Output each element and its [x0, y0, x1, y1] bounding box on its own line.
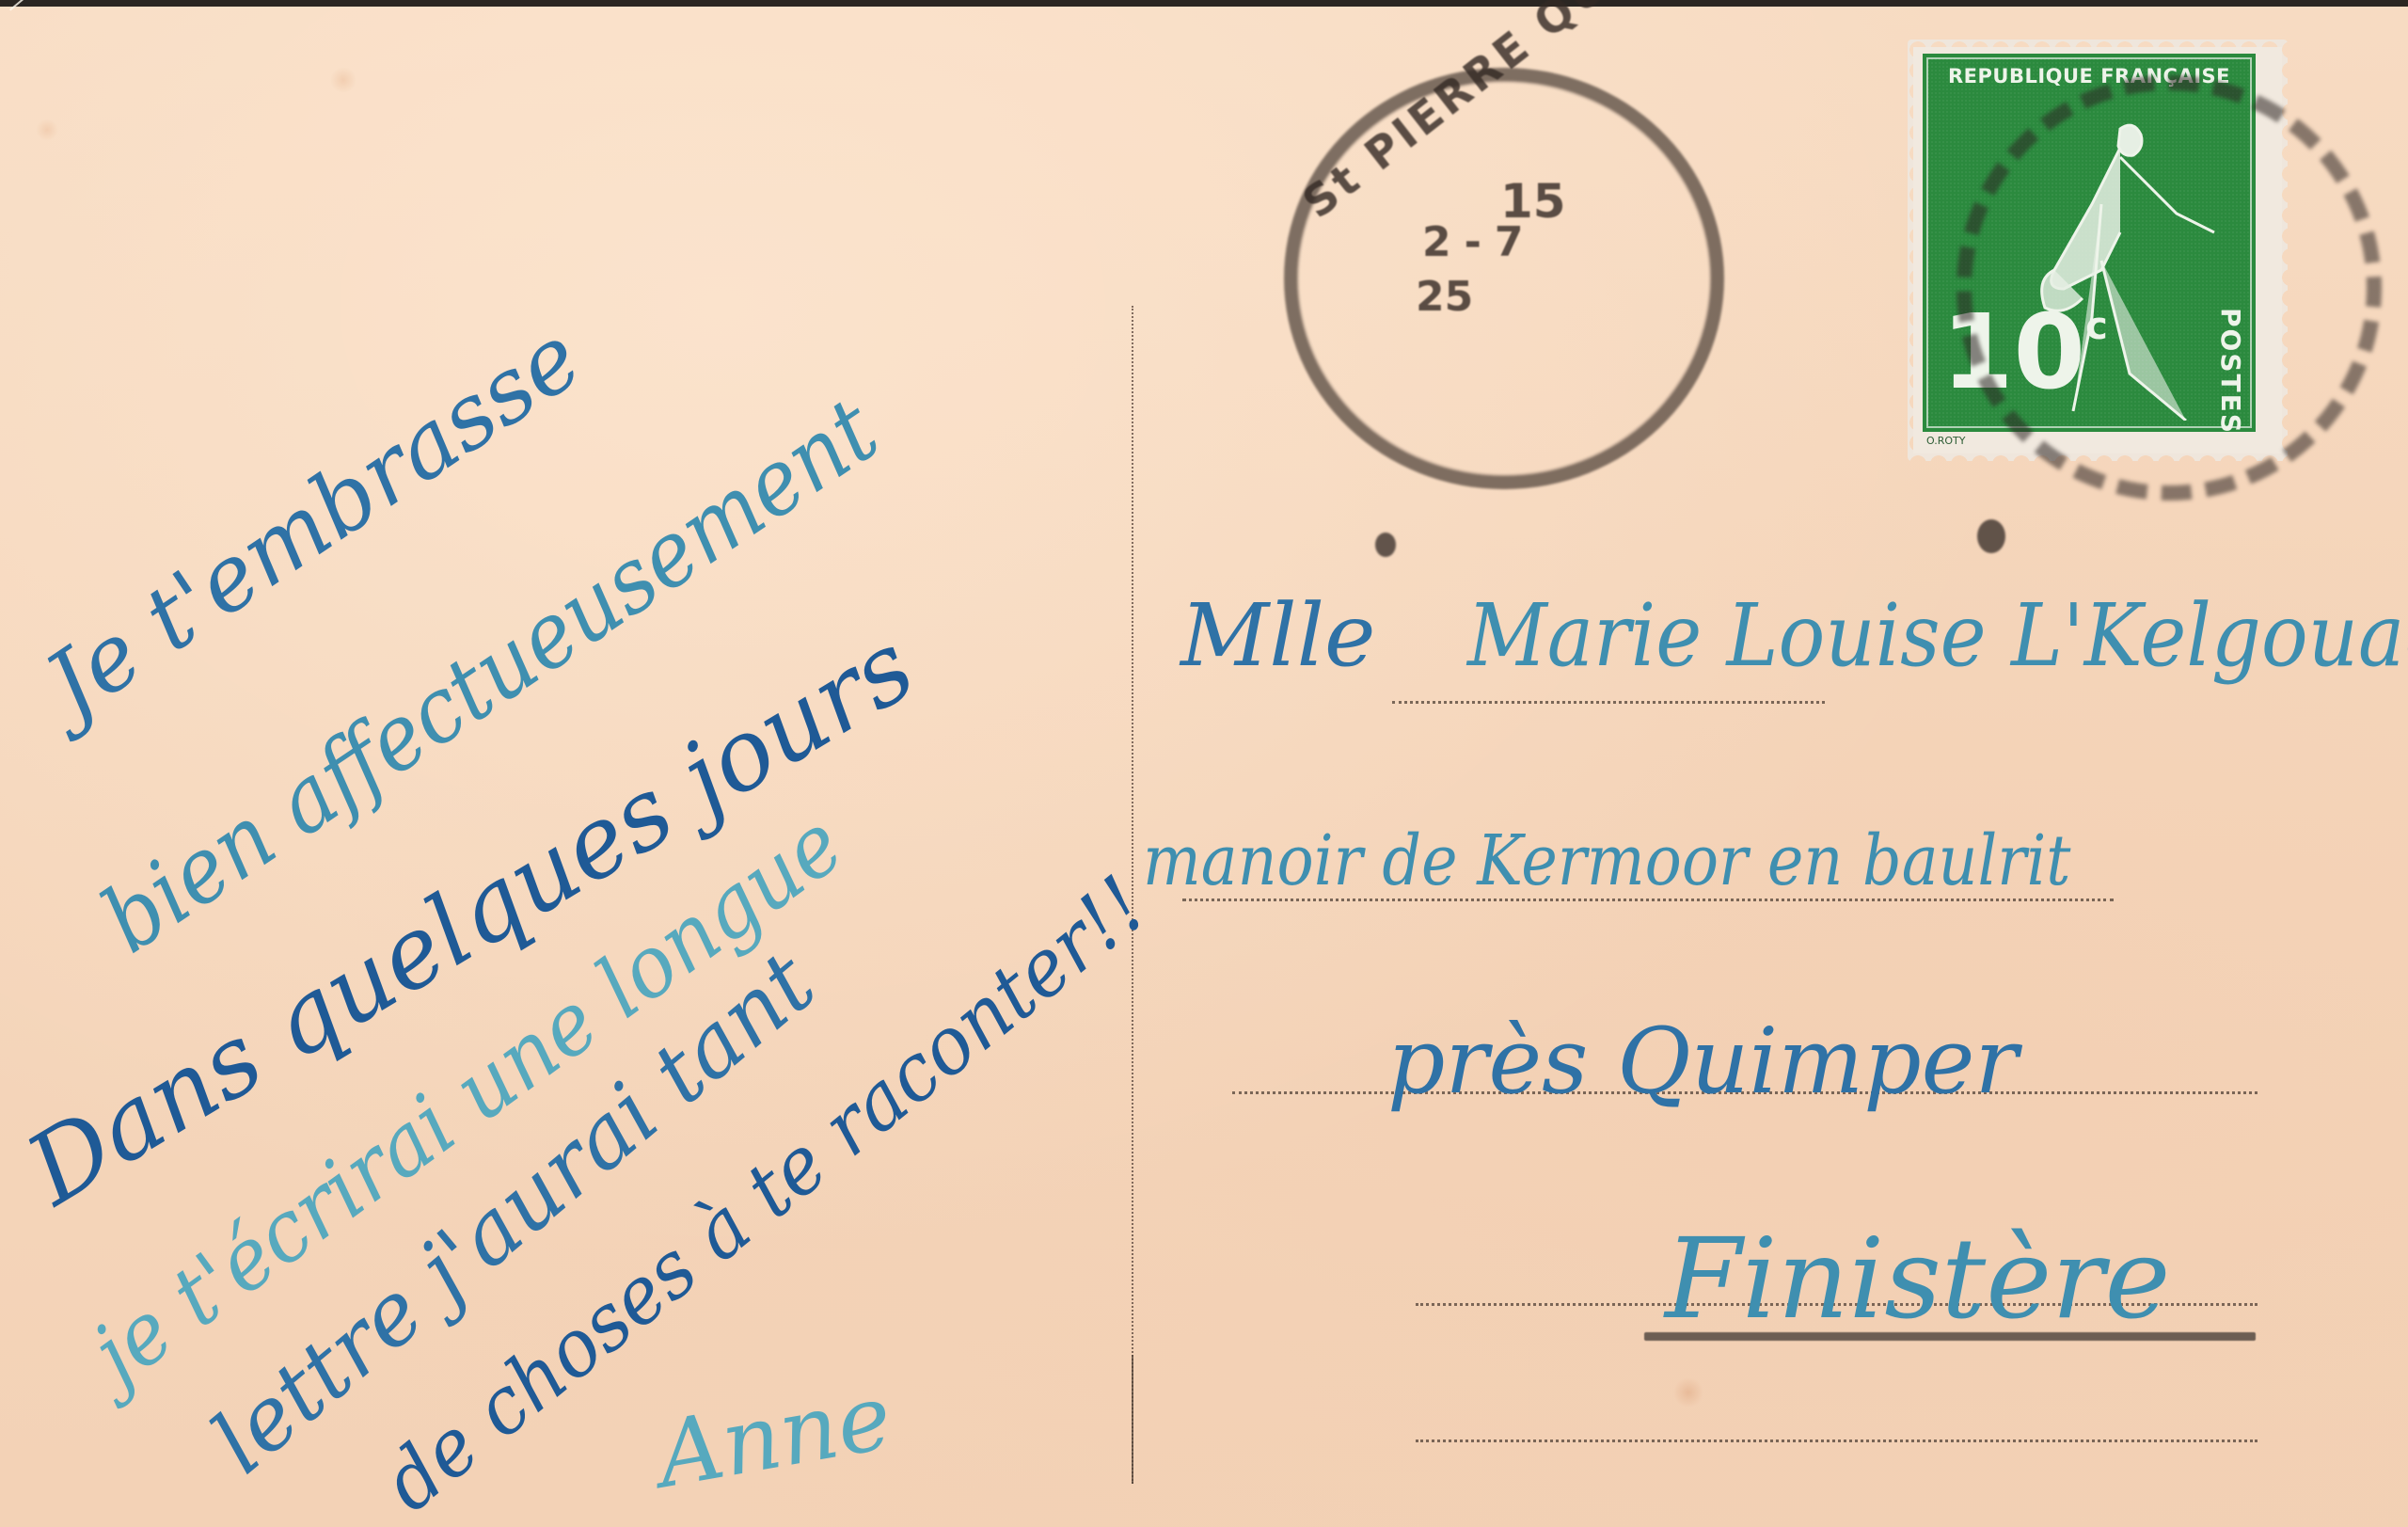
ink-blot — [1977, 519, 2005, 553]
center-divider-line-solid — [1132, 1355, 1133, 1484]
message-signature: Anne — [651, 1371, 898, 1501]
address-rule-5 — [1416, 1440, 2257, 1442]
address-line-2: près Quimper — [1387, 1016, 2018, 1106]
postmark-date-2: 2-7 — [1422, 218, 1537, 266]
address-line-3: Finistère — [1665, 1223, 2170, 1334]
postmark-date-3: 25 — [1416, 273, 1473, 321]
address-name: Marie Louise L'Kelgouach — [1467, 593, 2408, 679]
postmark-circle — [1284, 68, 1724, 489]
scan-edge — [0, 0, 2408, 7]
ink-blot — [1375, 533, 1396, 557]
address-salutation: Mlle — [1180, 593, 1376, 679]
postcard: St PIERRE QUIB... 15 2-7 25 REPUBLIQUE F… — [0, 0, 2408, 1527]
address-rule-1 — [1392, 701, 1825, 704]
address-line-1: manoir de Kermoor en baulrit — [1143, 826, 2070, 896]
postmark-cancellation — [1956, 75, 2382, 501]
stamp-engraver: O.ROTY — [1926, 435, 1965, 447]
